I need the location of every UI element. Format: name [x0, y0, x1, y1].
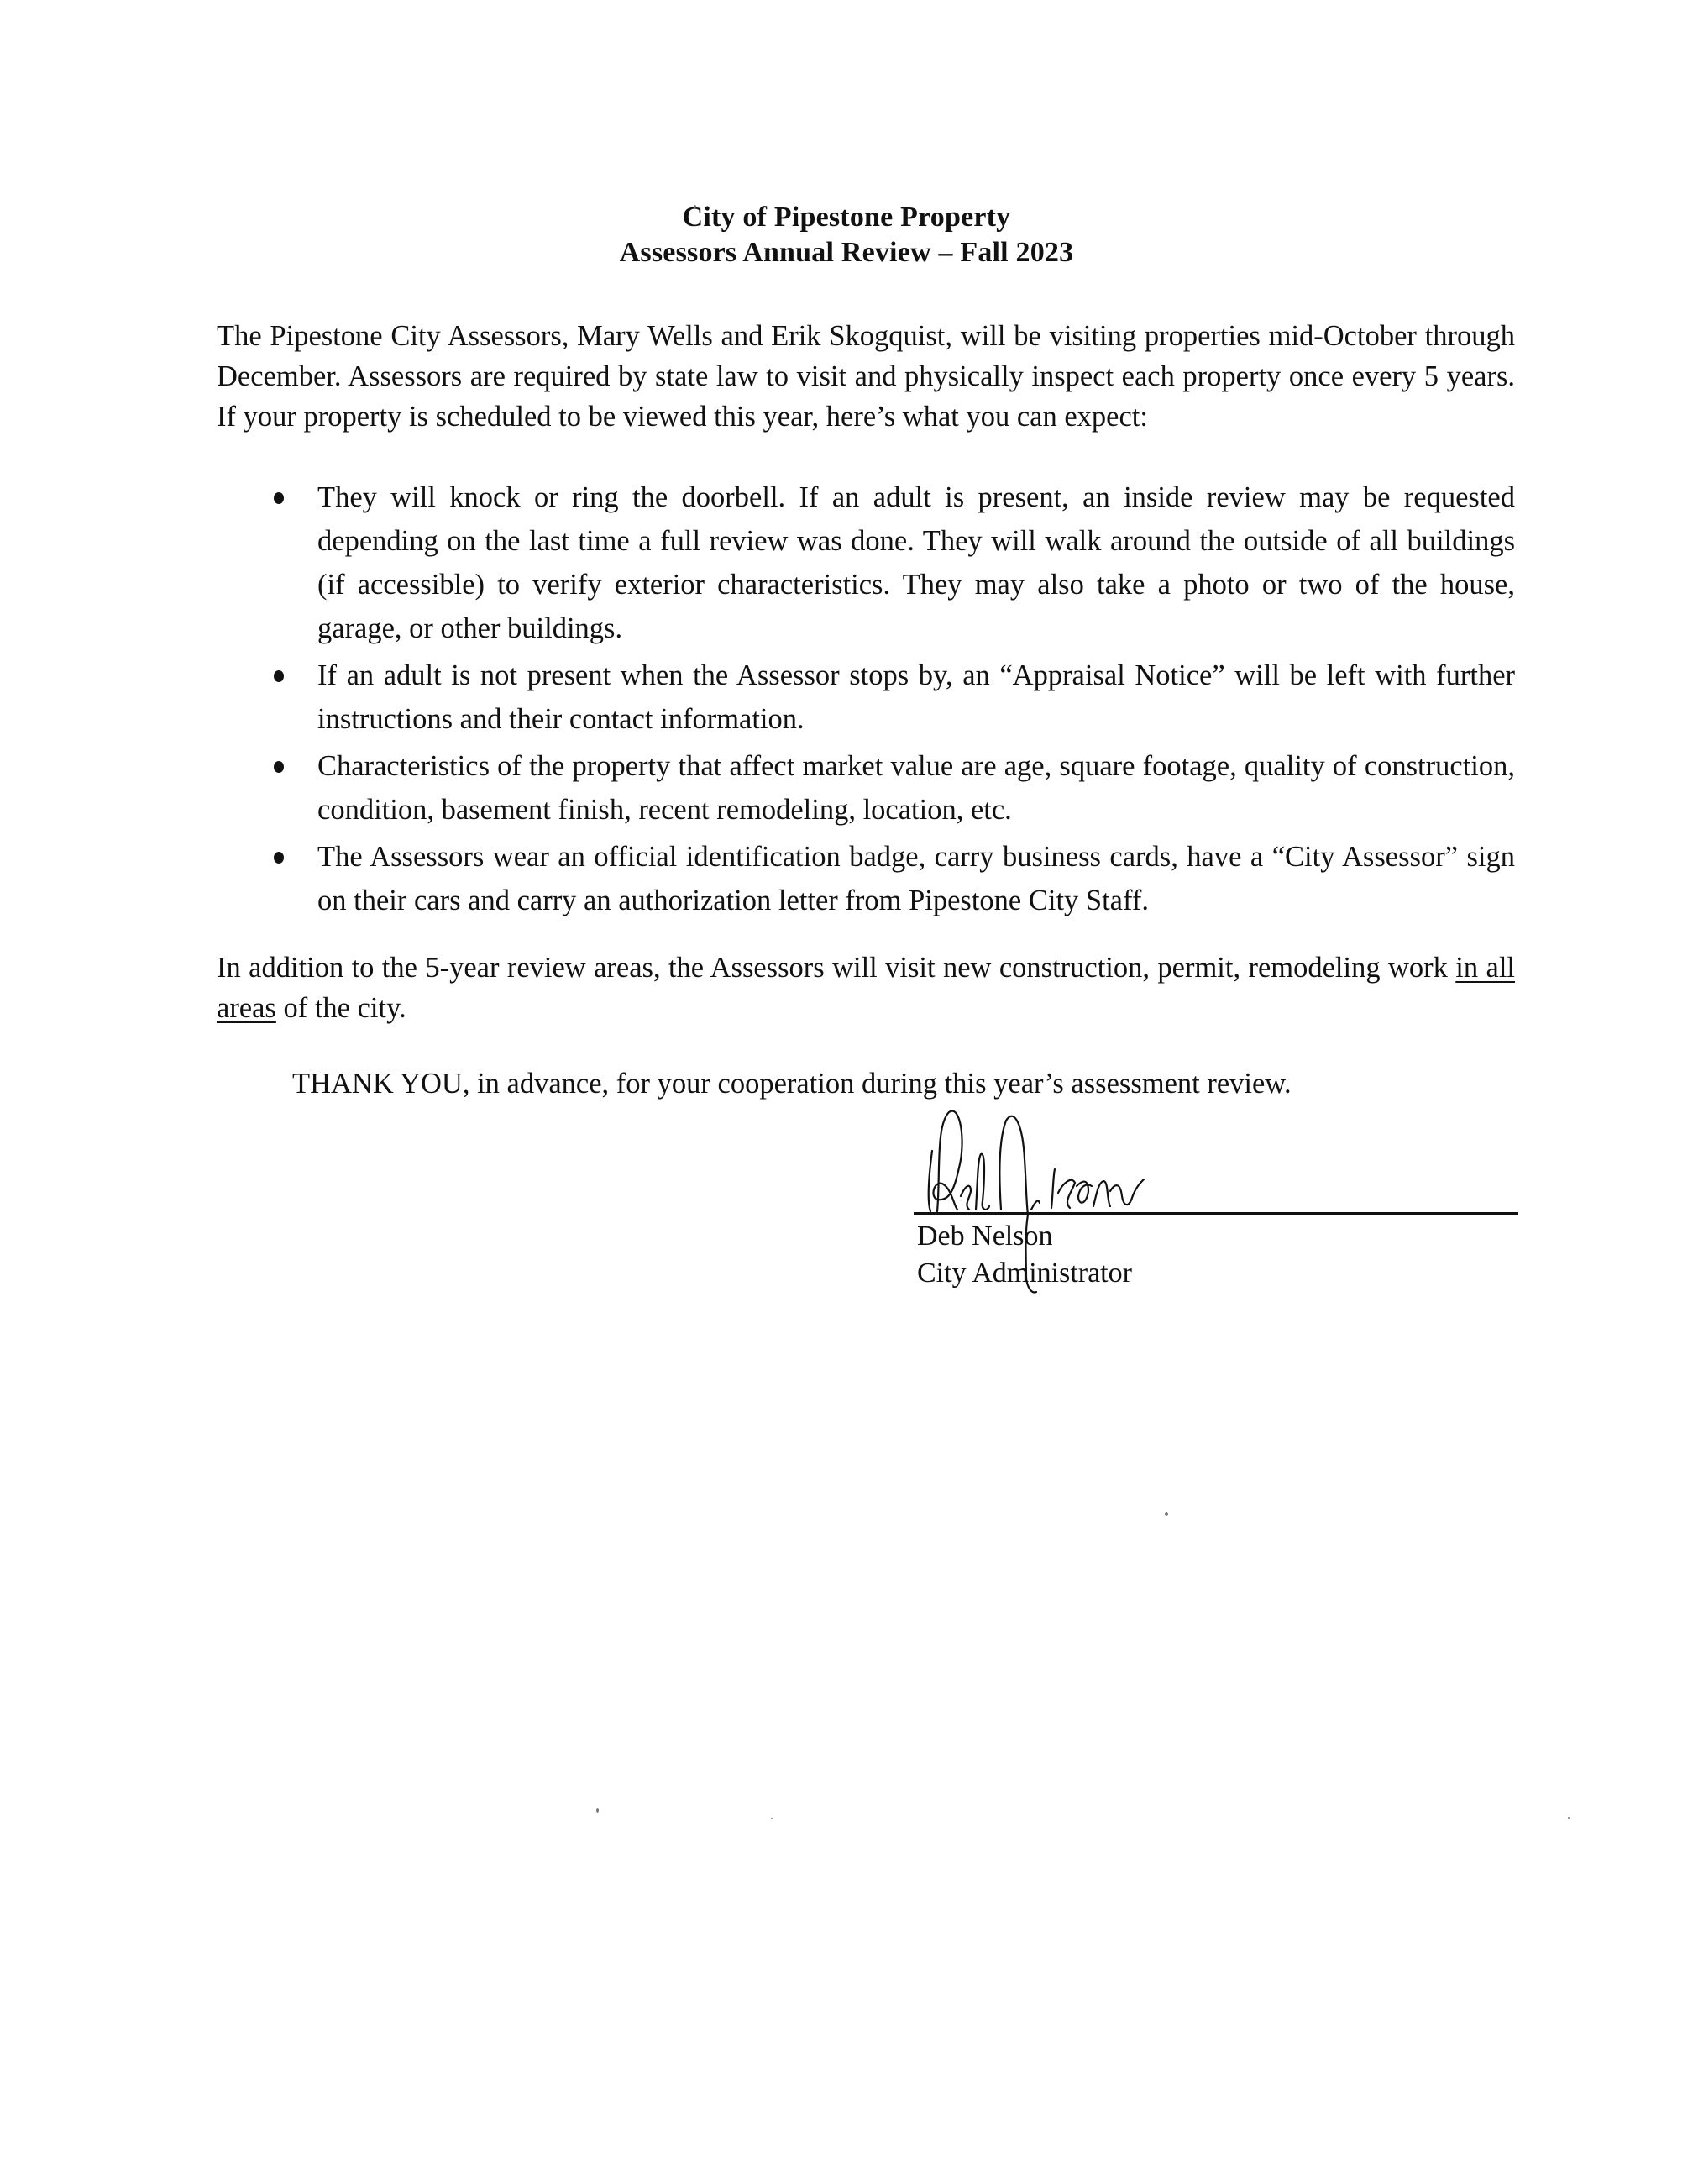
list-item-text: The Assessors wear an official identific… [317, 841, 1515, 916]
signer-name: Deb Nelson [917, 1218, 1052, 1255]
expectations-list: They will knock or ring the doorbell. If… [217, 475, 1515, 922]
addition-paragraph: In addition to the 5-year review areas, … [217, 948, 1515, 1028]
addition-text-before: In addition to the 5-year review areas, … [217, 952, 1455, 984]
scan-speck [771, 1818, 773, 1819]
list-item: If an adult is not present when the Asse… [217, 654, 1515, 741]
title-line-1: City of Pipestone Property [0, 200, 1693, 235]
title-line-2: Assessors Annual Review – Fall 2023 [0, 235, 1693, 270]
letter-page: City of Pipestone Property Assessors Ann… [0, 0, 1693, 2184]
list-item: The Assessors wear an official identific… [217, 835, 1515, 922]
list-item: Characteristics of the property that aff… [217, 744, 1515, 832]
bullet-icon [274, 852, 284, 864]
scan-speck [1165, 1512, 1168, 1516]
list-item-text: Characteristics of the property that aff… [317, 750, 1515, 826]
scan-speck [1568, 1817, 1570, 1819]
intro-paragraph: The Pipestone City Assessors, Mary Wells… [217, 316, 1515, 437]
document-title: City of Pipestone Property Assessors Ann… [0, 200, 1693, 270]
addition-text-after: of the city. [276, 992, 406, 1024]
signature-block: Deb Nelson City Administrator [899, 1092, 1537, 1327]
scan-speck [694, 205, 696, 208]
list-item-text: If an adult is not present when the Asse… [317, 659, 1515, 735]
bullet-icon [274, 492, 284, 504]
signature-line [914, 1212, 1518, 1215]
scan-speck [596, 1808, 599, 1813]
list-item-text: They will knock or ring the doorbell. If… [317, 481, 1515, 644]
bullet-icon [274, 670, 284, 682]
bullet-icon [274, 761, 284, 773]
handwritten-signature-icon [899, 1092, 1537, 1327]
list-item: They will knock or ring the doorbell. If… [217, 475, 1515, 650]
signer-title: City Administrator [917, 1255, 1132, 1292]
